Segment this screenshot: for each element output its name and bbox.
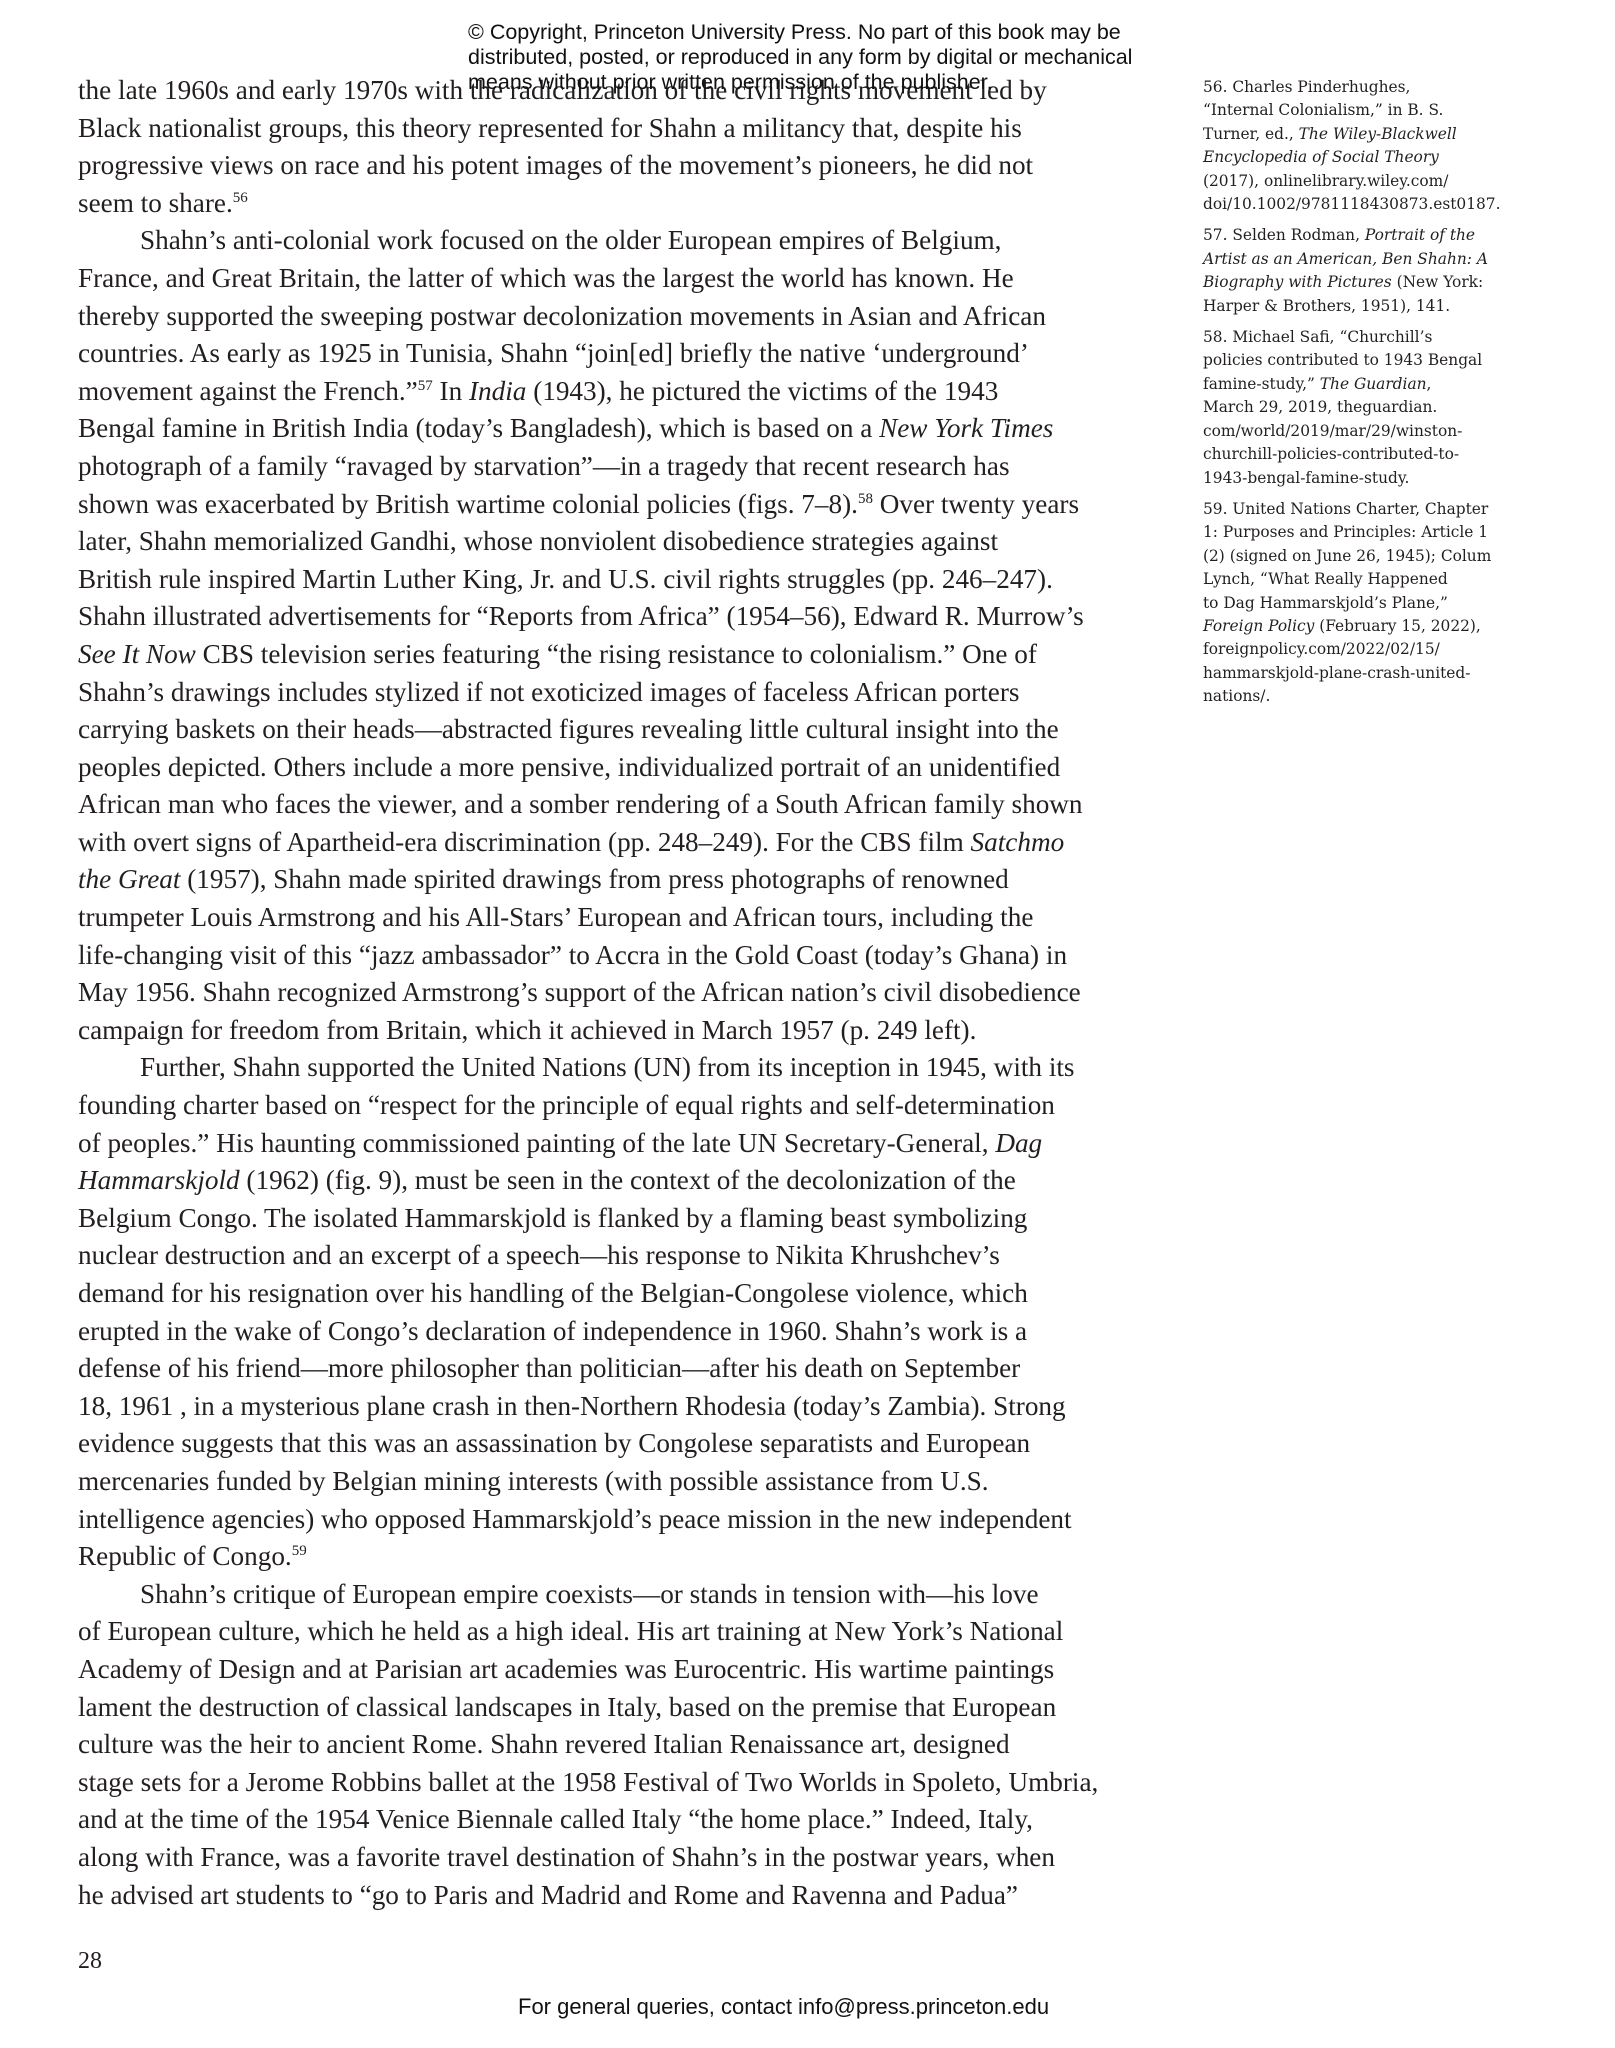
text-line: defense of his friend—more philosopher t… — [78, 1350, 1140, 1388]
text-run: demand for his resignation over his hand… — [78, 1278, 1028, 1308]
footnote-ref: 56 — [233, 190, 248, 206]
footnote-line: Lynch, “What Really Happened — [1203, 568, 1523, 591]
footnote-line: policies contributed to 1943 Bengal — [1203, 349, 1523, 372]
footnote-57: 57. Selden Rodman, Portrait of theArtist… — [1203, 224, 1523, 318]
footnote-line: Biography with Pictures (New York: — [1203, 271, 1523, 294]
text-line: Shahn’s anti-colonial work focused on th… — [78, 222, 1140, 260]
text-run: policies contributed to 1943 Bengal — [1203, 351, 1482, 369]
footnote-line: nations/. — [1203, 685, 1523, 708]
text-run: (2) (signed on June 26, 1945); Colum — [1203, 547, 1491, 565]
text-line: See It Now CBS television series featuri… — [78, 636, 1140, 674]
text-line: African man who faces the viewer, and a … — [78, 786, 1140, 824]
italic-title: the Great — [78, 864, 180, 894]
text-line: thereby supported the sweeping postwar d… — [78, 298, 1140, 336]
text-run: carrying baskets on their heads—abstract… — [78, 714, 1059, 744]
text-line: with overt signs of Apartheid-era discri… — [78, 824, 1140, 862]
text-run: nations/. — [1203, 687, 1270, 705]
body-paragraph: Shahn’s critique of European empire coex… — [78, 1576, 1140, 1914]
text-run: with overt signs of Apartheid-era discri… — [78, 827, 971, 857]
footer-contact: For general queries, contact info@press.… — [518, 1994, 1049, 2020]
text-run: Belgium Congo. The isolated Hammarskjold… — [78, 1203, 1027, 1233]
text-line: intelligence agencies) who opposed Hamma… — [78, 1501, 1140, 1539]
text-run: “Internal Colonialism,” in B. S. — [1203, 101, 1443, 119]
footnote-line: foreignpolicy.com/2022/02/15/ — [1203, 638, 1523, 661]
footnotes-column: 56. Charles Pinderhughes,“Internal Colon… — [1203, 76, 1523, 717]
text-run: com/world/2019/mar/29/winston- — [1203, 422, 1462, 440]
text-run: May 1956. Shahn recognized Armstrong’s s… — [78, 977, 1081, 1007]
footnote-line: to Dag Hammarskjold’s Plane,” — [1203, 592, 1523, 615]
text-line: nuclear destruction and an excerpt of a … — [78, 1237, 1140, 1275]
text-line: France, and Great Britain, the latter of… — [78, 260, 1140, 298]
text-line: campaign for freedom from Britain, which… — [78, 1012, 1140, 1050]
text-line: life-changing visit of this “jazz ambass… — [78, 937, 1140, 975]
text-run: Academy of Design and at Parisian art ac… — [78, 1654, 1054, 1684]
text-run: intelligence agencies) who opposed Hamma… — [78, 1504, 1072, 1534]
footnote-59: 59. United Nations Charter, Chapter1: Pu… — [1203, 498, 1523, 709]
text-line: Shahn’s critique of European empire coex… — [78, 1576, 1140, 1614]
text-line: of peoples.” His haunting commissioned p… — [78, 1125, 1140, 1163]
text-run: (February 15, 2022), — [1314, 617, 1481, 635]
text-line: Republic of Congo.59 — [78, 1538, 1140, 1576]
text-run: stage sets for a Jerome Robbins ballet a… — [78, 1767, 1098, 1797]
text-run: Harper & Brothers, 1951), 141. — [1203, 297, 1450, 315]
text-run: nuclear destruction and an excerpt of a … — [78, 1240, 1000, 1270]
footnote-58: 58. Michael Safi, “Churchill’spolicies c… — [1203, 326, 1523, 490]
text-run: hammarskjold-plane-crash-united- — [1203, 664, 1470, 682]
italic-title: Biography with Pictures — [1203, 273, 1392, 291]
text-line: Further, Shahn supported the United Nati… — [78, 1049, 1140, 1087]
footnote-ref: 57 — [418, 378, 433, 394]
footnote-ref: 59 — [292, 1543, 307, 1559]
text-run: photograph of a family “ravaged by starv… — [78, 451, 1010, 481]
text-run: culture was the heir to ancient Rome. Sh… — [78, 1729, 1010, 1759]
body-paragraph: Shahn’s anti-colonial work focused on th… — [78, 222, 1140, 1049]
text-run: Bengal famine in British India (today’s … — [78, 413, 879, 443]
footnote-line: 1943-bengal-famine-study. — [1203, 467, 1523, 490]
text-run: 18, 1961 , in a mysterious plane crash i… — [78, 1391, 1066, 1421]
footnote-line: doi/10.1002/9781118430873.est0187. — [1203, 193, 1523, 216]
text-run: erupted in the wake of Congo’s declarati… — [78, 1316, 1027, 1346]
page-number: 28 — [78, 1948, 102, 1975]
text-line: May 1956. Shahn recognized Armstrong’s s… — [78, 974, 1140, 1012]
text-line: stage sets for a Jerome Robbins ballet a… — [78, 1764, 1140, 1802]
italic-title: See It Now — [78, 639, 196, 669]
text-run: movement against the French.” — [78, 376, 418, 406]
text-run: lament the destruction of classical land… — [78, 1692, 1056, 1722]
text-run: In — [433, 376, 469, 406]
text-run: progressive views on race and his potent… — [78, 150, 1033, 180]
text-run: countries. As early as 1925 in Tunisia, … — [78, 338, 1029, 368]
footnote-line: Turner, ed., The Wiley-Blackwell — [1203, 123, 1523, 146]
text-run: 1943-bengal-famine-study. — [1203, 469, 1409, 487]
footnote-56: 56. Charles Pinderhughes,“Internal Colon… — [1203, 76, 1523, 216]
text-line: erupted in the wake of Congo’s declarati… — [78, 1313, 1140, 1351]
text-run: along with France, was a favorite travel… — [78, 1842, 1055, 1872]
text-run: (2017), onlinelibrary.wiley.com/ — [1203, 172, 1448, 190]
text-line: carrying baskets on their heads—abstract… — [78, 711, 1140, 749]
text-run: evidence suggests that this was an assas… — [78, 1428, 1030, 1458]
text-run: 56. Charles Pinderhughes, — [1203, 78, 1410, 96]
footnote-line: hammarskjold-plane-crash-united- — [1203, 662, 1523, 685]
text-run: (New York: — [1392, 273, 1484, 291]
italic-title: Encyclopedia of Social Theory — [1203, 148, 1439, 166]
text-line: culture was the heir to ancient Rome. Sh… — [78, 1726, 1140, 1764]
text-run: doi/10.1002/9781118430873.est0187. — [1203, 195, 1501, 213]
text-run: March 29, 2019, theguardian. — [1203, 398, 1437, 416]
footnote-line: Harper & Brothers, 1951), 141. — [1203, 295, 1523, 318]
text-line: photograph of a family “ravaged by starv… — [78, 448, 1140, 486]
body-paragraph: Further, Shahn supported the United Nati… — [78, 1049, 1140, 1575]
footnote-line: churchill-policies-contributed-to- — [1203, 443, 1523, 466]
text-run: Shahn’s critique of European empire coex… — [140, 1579, 1039, 1609]
text-line: the Great (1957), Shahn made spirited dr… — [78, 861, 1140, 899]
italic-title: Dag — [995, 1128, 1042, 1158]
italic-title: The Wiley-Blackwell — [1299, 125, 1457, 143]
italic-title: The Guardian — [1320, 375, 1427, 393]
text-line: lament the destruction of classical land… — [78, 1689, 1140, 1727]
italic-title: New York Times — [879, 413, 1053, 443]
footnote-ref: 58 — [858, 491, 873, 507]
text-run: founding charter based on “respect for t… — [78, 1090, 1055, 1120]
footnote-line: Artist as an American, Ben Shahn: A — [1203, 248, 1523, 271]
italic-title: Hammarskjold — [78, 1165, 240, 1195]
text-run: he advised art students to “go to Paris … — [78, 1880, 1018, 1910]
text-line: Academy of Design and at Parisian art ac… — [78, 1651, 1140, 1689]
text-run: of peoples.” His haunting commissioned p… — [78, 1128, 995, 1158]
text-line: Hammarskjold (1962) (fig. 9), must be se… — [78, 1162, 1140, 1200]
footnote-line: Encyclopedia of Social Theory — [1203, 146, 1523, 169]
text-run: seem to share. — [78, 188, 233, 218]
text-run: Further, Shahn supported the United Nati… — [140, 1052, 1075, 1082]
text-run: trumpeter Louis Armstrong and his All-St… — [78, 902, 1033, 932]
text-run: 57. Selden Rodman, — [1203, 226, 1365, 244]
text-line: progressive views on race and his potent… — [78, 147, 1140, 185]
footnote-line: (2017), onlinelibrary.wiley.com/ — [1203, 170, 1523, 193]
footnote-line: (2) (signed on June 26, 1945); Colum — [1203, 545, 1523, 568]
text-run: to Dag Hammarskjold’s Plane,” — [1203, 594, 1448, 612]
text-line: evidence suggests that this was an assas… — [78, 1425, 1140, 1463]
text-line: Shahn’s drawings includes stylized if no… — [78, 674, 1140, 712]
footnote-line: 57. Selden Rodman, Portrait of the — [1203, 224, 1523, 247]
text-run: of European culture, which he held as a … — [78, 1616, 1063, 1646]
text-line: he advised art students to “go to Paris … — [78, 1877, 1140, 1915]
text-run: Black nationalist groups, this theory re… — [78, 113, 1022, 143]
text-line: of European culture, which he held as a … — [78, 1613, 1140, 1651]
footnote-line: famine-study,” The Guardian, — [1203, 373, 1523, 396]
text-run: CBS television series featuring “the ris… — [196, 639, 1037, 669]
footnote-line: 59. United Nations Charter, Chapter — [1203, 498, 1523, 521]
text-run: later, Shahn memorialized Gandhi, whose … — [78, 526, 998, 556]
text-run: (1943), he pictured the victims of the 1… — [526, 376, 998, 406]
text-run: and at the time of the 1954 Venice Bienn… — [78, 1804, 1033, 1834]
text-line: shown was exacerbated by British wartime… — [78, 486, 1140, 524]
text-run: Shahn’s drawings includes stylized if no… — [78, 677, 1019, 707]
text-line: Belgium Congo. The isolated Hammarskjold… — [78, 1200, 1140, 1238]
footnote-line: Foreign Policy (February 15, 2022), — [1203, 615, 1523, 638]
italic-title: Satchmo — [971, 827, 1065, 857]
text-run: France, and Great Britain, the latter of… — [78, 263, 1014, 293]
footnote-line: 56. Charles Pinderhughes, — [1203, 76, 1523, 99]
text-run: thereby supported the sweeping postwar d… — [78, 301, 1046, 331]
text-line: 18, 1961 , in a mysterious plane crash i… — [78, 1388, 1140, 1426]
text-line: and at the time of the 1954 Venice Bienn… — [78, 1801, 1140, 1839]
text-run: mercenaries funded by Belgian mining int… — [78, 1466, 989, 1496]
text-run: African man who faces the viewer, and a … — [78, 789, 1083, 819]
watermark-line: means without prior written permission o… — [468, 70, 1168, 95]
text-run: Shahn’s anti-colonial work focused on th… — [140, 225, 1001, 255]
text-line: along with France, was a favorite travel… — [78, 1839, 1140, 1877]
text-run: 59. United Nations Charter, Chapter — [1203, 500, 1488, 518]
watermark-line: distributed, posted, or reproduced in an… — [468, 45, 1168, 70]
text-line: trumpeter Louis Armstrong and his All-St… — [78, 899, 1140, 937]
text-run: (1957), Shahn made spirited drawings fro… — [180, 864, 1008, 894]
text-run: Shahn illustrated advertisements for “Re… — [78, 601, 1084, 631]
text-line: mercenaries funded by Belgian mining int… — [78, 1463, 1140, 1501]
text-line: countries. As early as 1925 in Tunisia, … — [78, 335, 1140, 373]
copyright-watermark: © Copyright, Princeton University Press.… — [468, 20, 1168, 95]
text-run: (1962) (fig. 9), must be seen in the con… — [240, 1165, 1016, 1195]
text-run: churchill-policies-contributed-to- — [1203, 445, 1459, 463]
footnote-line: com/world/2019/mar/29/winston- — [1203, 420, 1523, 443]
footnote-line: March 29, 2019, theguardian. — [1203, 396, 1523, 419]
footnote-line: 1: Purposes and Principles: Article 1 — [1203, 521, 1523, 544]
text-run: Turner, ed., — [1203, 125, 1299, 143]
text-run: life-changing visit of this “jazz ambass… — [78, 940, 1067, 970]
text-run: Lynch, “What Really Happened — [1203, 570, 1448, 588]
text-run: Republic of Congo. — [78, 1541, 292, 1571]
text-run: Over twenty years — [873, 489, 1079, 519]
text-line: later, Shahn memorialized Gandhi, whose … — [78, 523, 1140, 561]
text-line: demand for his resignation over his hand… — [78, 1275, 1140, 1313]
text-run: famine-study,” — [1203, 375, 1320, 393]
text-run: campaign for freedom from Britain, which… — [78, 1015, 976, 1045]
italic-title: Artist as an American, Ben Shahn: A — [1203, 250, 1488, 268]
italic-title: Foreign Policy — [1203, 617, 1314, 635]
text-line: Shahn illustrated advertisements for “Re… — [78, 598, 1140, 636]
text-line: Black nationalist groups, this theory re… — [78, 110, 1140, 148]
text-run: shown was exacerbated by British wartime… — [78, 489, 858, 519]
text-run: 58. Michael Safi, “Churchill’s — [1203, 328, 1432, 346]
italic-title: Portrait of the — [1365, 226, 1475, 244]
text-run: defense of his friend—more philosopher t… — [78, 1353, 1020, 1383]
watermark-line: © Copyright, Princeton University Press.… — [468, 20, 1168, 45]
text-line: movement against the French.”57 In India… — [78, 373, 1140, 411]
text-line: peoples depicted. Others include a more … — [78, 749, 1140, 787]
italic-title: India — [469, 376, 526, 406]
footnote-line: 58. Michael Safi, “Churchill’s — [1203, 326, 1523, 349]
text-run: , — [1427, 375, 1432, 393]
footnote-line: “Internal Colonialism,” in B. S. — [1203, 99, 1523, 122]
text-line: British rule inspired Martin Luther King… — [78, 561, 1140, 599]
text-run: foreignpolicy.com/2022/02/15/ — [1203, 640, 1440, 658]
body-text: the late 1960s and early 1970s with the … — [78, 72, 1140, 1914]
text-line: Bengal famine in British India (today’s … — [78, 410, 1140, 448]
text-run: peoples depicted. Others include a more … — [78, 752, 1060, 782]
text-run: 1: Purposes and Principles: Article 1 — [1203, 523, 1488, 541]
text-run: British rule inspired Martin Luther King… — [78, 564, 1053, 594]
text-line: founding charter based on “respect for t… — [78, 1087, 1140, 1125]
text-line: seem to share.56 — [78, 185, 1140, 223]
